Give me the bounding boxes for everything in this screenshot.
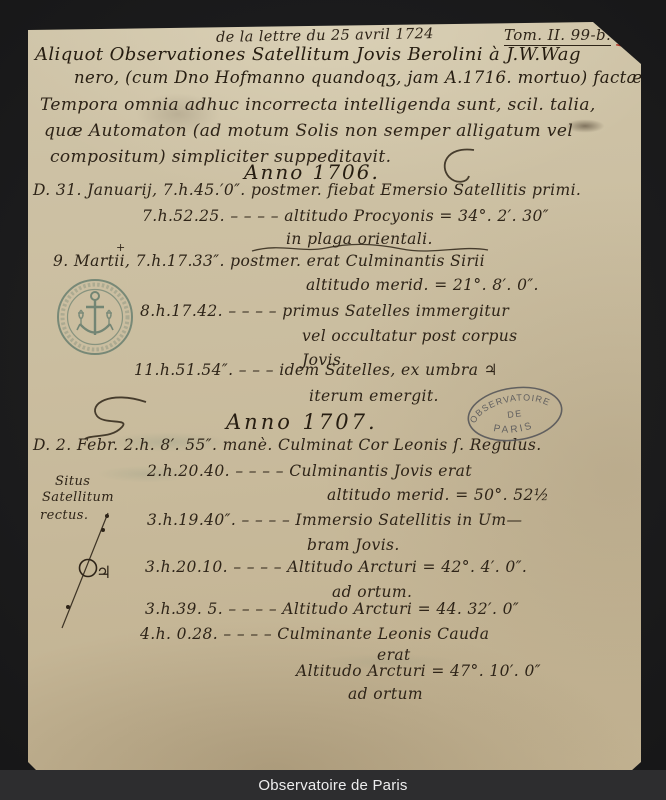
entry-line: 3.h.19.40″. – – – – Immersio Satellitis … bbox=[147, 511, 522, 529]
title-line-2: nero, (cum Dno Hofmanno quandoqʒ, jam A.… bbox=[74, 68, 648, 87]
manuscript-page: de la lettre du 25 avril 1724 Tom. II. 9… bbox=[28, 22, 641, 771]
stamp-text-de: DE bbox=[507, 408, 524, 420]
folio-mark-red: 1 bbox=[613, 23, 636, 55]
entry-line: D. 31. Januarij, 7.h.45.′0″. postmer. fi… bbox=[33, 181, 581, 199]
entry-line: Altitudo Arcturi = 47°. 10′. 0″ bbox=[296, 662, 541, 680]
paraph-flourish bbox=[80, 394, 154, 442]
entry-line: iterum emergit. bbox=[309, 387, 439, 405]
entry-line: altitudo merid. = 50°. 52½ bbox=[327, 486, 549, 504]
section-heading-1707: Anno 1707. bbox=[226, 410, 378, 434]
satellite-dot bbox=[105, 514, 109, 518]
entry-line: vel occultatur post corpus bbox=[302, 327, 518, 345]
entry-line: 7.h.52.25. – – – – altitudo Procyonis = … bbox=[142, 207, 549, 225]
satellite-diagram: ♃ bbox=[48, 504, 143, 639]
stamp-text-observatoire: OBSERVATOIRE bbox=[465, 388, 554, 426]
archive-note: de la lettre du 25 avril 1724 bbox=[216, 26, 434, 46]
entry-line: 3.h.20.10. – – – – Altitudo Arcturi = 42… bbox=[145, 558, 527, 576]
entry-line: ad ortum. bbox=[332, 583, 412, 601]
svg-text:PARIS: PARIS bbox=[491, 418, 536, 439]
entry-line: 8.h.17.42. – – – – primus Satelles immer… bbox=[140, 302, 509, 320]
entry-line: altitudo merid. = 21°. 8′. 0″. bbox=[306, 276, 539, 294]
jupiter-symbol: ♃ bbox=[96, 563, 111, 583]
preamble-line-2: quæ Automaton (ad motum Solis non semper… bbox=[44, 121, 573, 141]
observatoire-stamp: OBSERVATOIRE DE PARIS bbox=[456, 372, 575, 457]
svg-text:OBSERVATOIRE: OBSERVATOIRE bbox=[465, 388, 554, 426]
preamble-line-1: Tempora omnia adhuc incorrecta intellige… bbox=[40, 95, 596, 115]
caption-text: Observatoire de Paris bbox=[258, 777, 407, 794]
anchor-stamp bbox=[55, 277, 135, 357]
entry-line: 11.h.51.54″. – – – idem Satelles, ex umb… bbox=[134, 361, 498, 379]
entry-line: 2.h.20.40. – – – – Culminantis Jovis era… bbox=[147, 462, 472, 480]
entry-line: 9. Martii, 7.h.17.33″. postmer. erat Cul… bbox=[53, 252, 485, 270]
stamp-text-paris: PARIS bbox=[491, 418, 536, 439]
entry-line: 4.h. 0.28. – – – – Culminante Leonis Cau… bbox=[140, 625, 489, 643]
satellite-dot bbox=[66, 605, 70, 609]
satellite-dot bbox=[101, 528, 105, 532]
title-line-1: Aliquot Observationes Satellitum Jovis B… bbox=[35, 44, 581, 65]
volume-reference: Tom. II. 99-b. bbox=[504, 26, 611, 46]
caption-bar: Observatoire de Paris bbox=[0, 770, 666, 800]
entry-line: bram Jovis. bbox=[307, 536, 400, 554]
margin-note-line: Situs bbox=[55, 474, 90, 489]
entry-line: ad ortum bbox=[348, 685, 423, 703]
entry-line: 3.h.39. 5. – – – – Altitudo Arcturi = 44… bbox=[145, 600, 519, 618]
margin-note-line: Satellitum bbox=[42, 490, 114, 505]
photo-background: de la lettre du 25 avril 1724 Tom. II. 9… bbox=[0, 0, 666, 800]
